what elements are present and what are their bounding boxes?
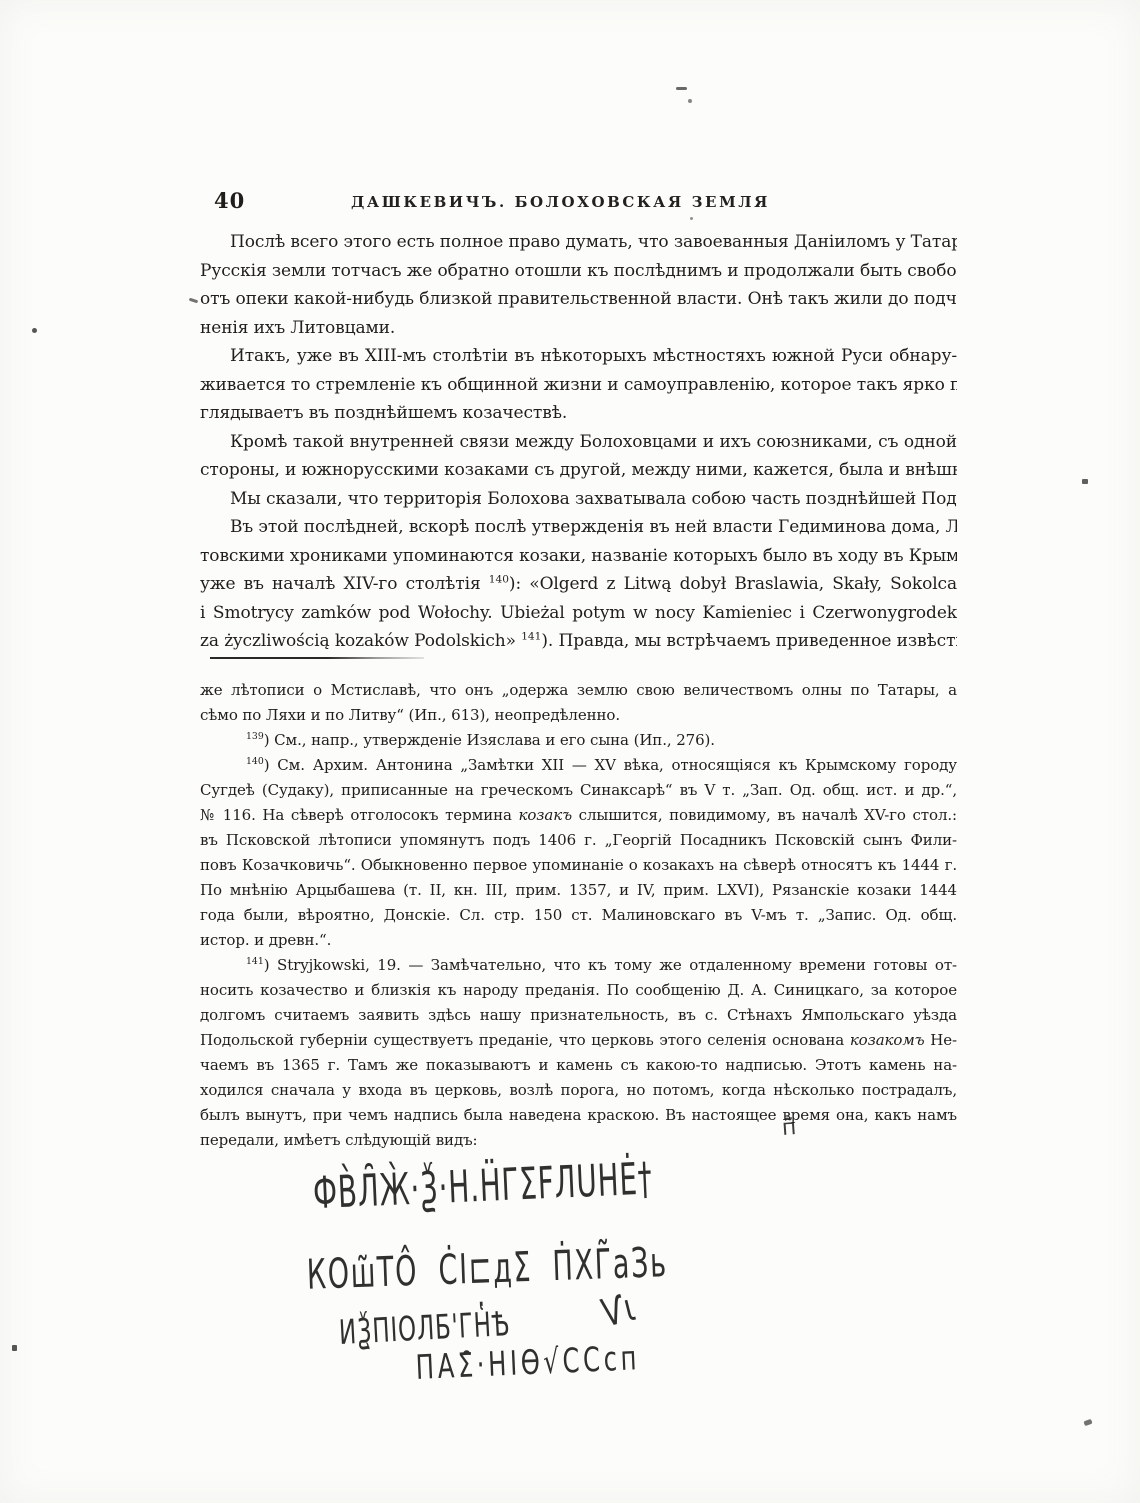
body-line: товскими хрониками упоминаются козаки, н… — [200, 542, 957, 571]
body-line: глядываетъ въ позднѣйшемъ козачествѣ. — [200, 399, 957, 428]
body-text-segment: ): «Olgerd z Litwą dobył Braslawia, Skał… — [509, 574, 957, 594]
footnote-line: долгомъ считаемъ заявить здѣсь нашу приз… — [200, 1003, 957, 1028]
footnote-text-segment: ) Stryjkowski, 19. — Замѣчательно, что к… — [264, 956, 957, 974]
footnote-italic-term: козакъ — [519, 806, 572, 824]
footnote-reference: 140 — [489, 573, 509, 585]
body-line: ненія ихъ Литовцами. — [200, 314, 957, 343]
footnote-line: въ Псковской лѣтописи упомянутъ подъ 140… — [200, 828, 957, 853]
body-text-segment: уже въ началѣ XIV-го столѣтія — [200, 574, 489, 594]
footnote-marker: 139 — [246, 731, 264, 742]
scan-speck — [688, 99, 692, 103]
body-line: уже въ началѣ XIV-го столѣтія 140): «Olg… — [200, 570, 957, 599]
body-text: Послѣ всего этого есть полное право дума… — [200, 228, 957, 656]
footnote-line: Подольской губерніи существуетъ преданіе… — [200, 1028, 957, 1053]
scan-speck — [690, 217, 693, 220]
footnote-text-segment: ) См. Архим. Антонина „Замѣтки XII — XV … — [264, 756, 957, 774]
footnote-line: 141) Stryjkowski, 19. — Замѣчательно, чт… — [200, 953, 957, 978]
scan-speck — [676, 87, 687, 90]
footnote-line: носить козачество и близкія къ народу пр… — [200, 978, 957, 1003]
body-line: Послѣ всего этого есть полное право дума… — [200, 228, 957, 257]
footnote-text-segment: № 116. На сѣверѣ отголосокъ термина — [200, 806, 519, 824]
footnote-line: Сугдеѣ (Судаку), приписанные на греческо… — [200, 778, 957, 803]
footnote-line: 140) См. Архим. Антонина „Замѣтки XII — … — [200, 753, 957, 778]
body-line: стороны, и южнорусскими козаками съ друг… — [200, 456, 957, 485]
scan-speck — [12, 1345, 17, 1351]
footnote-text-segment: слышится, повидимому, въ началѣ XV-го ст… — [572, 806, 957, 824]
footnote-line: года были, вѣроятно, Донскіе. Сл. стр. 1… — [200, 903, 957, 928]
footnote-marker: 141 — [246, 956, 264, 967]
footnote-text-segment: Не- — [925, 1031, 957, 1049]
footnote-text-segment: ) См., напр., утвержденіе Изяслава и его… — [264, 731, 715, 749]
footnote-line: ходился сначала у входа въ церковь, возл… — [200, 1078, 957, 1103]
footnote-separator — [210, 657, 424, 659]
body-line: Мы сказали, что территорія Болохова захв… — [200, 485, 957, 514]
footnote-marker: 140 — [246, 756, 264, 767]
inscription-titlo-mark: п̃ — [781, 1115, 797, 1141]
footnote-line: передали, имѣетъ слѣдующій видъ: — [200, 1128, 957, 1153]
footnote-line: былъ вынутъ, при чемъ надпись была навед… — [200, 1103, 957, 1128]
footnote-text-segment: Подольской губерніи существуетъ преданіе… — [200, 1031, 850, 1049]
body-text-segment: ). Правда, мы встрѣчаемъ приведенное изв… — [541, 631, 957, 651]
inscription-line: ФВ̀Л̑Ж̀·Ѯ·Н.Н̈ГΣϜЛUНЕ̇† — [312, 1153, 654, 1220]
footnotes: же лѣтописи о Мстиславѣ, что онъ „одержа… — [200, 678, 957, 1153]
scan-speck — [1082, 479, 1088, 484]
body-line: Кромѣ такой внутренней связи между Болох… — [200, 428, 957, 457]
body-text-segment: za życzliwością kozaków Podolskich» — [200, 631, 521, 651]
footnote-line: сѣмо по Ляхи и по Литву“ (Ип., 613), нео… — [200, 703, 957, 728]
body-line: Итакъ, уже въ XIII-мъ столѣтіи въ нѣкото… — [200, 342, 957, 371]
body-line: отъ опеки какой-нибудь близкой правитель… — [200, 285, 957, 314]
scan-speck — [32, 328, 37, 333]
footnote-line: же лѣтописи о Мстиславѣ, что онъ „одержа… — [200, 678, 957, 703]
footnote-reference: 141 — [521, 630, 541, 642]
body-line: Въ этой послѣдней, вскорѣ послѣ утвержде… — [200, 513, 957, 542]
footnote-line: истор. и древн.“. — [200, 928, 957, 953]
footnote-line: № 116. На сѣверѣ отголосокъ термина коза… — [200, 803, 957, 828]
scan-speck — [1083, 1419, 1092, 1426]
book-page: 40 ДАШКЕВИЧЪ. БОЛОХОВСКАЯ ЗЕМЛЯ Послѣ вс… — [0, 0, 1140, 1503]
footnote-italic-term: козакомъ — [850, 1031, 925, 1049]
inscription-line: ПАΣ̑·НІѲ√ССсп — [415, 1339, 641, 1388]
body-line: живается то стремленіе къ общинной жизни… — [200, 371, 957, 400]
scan-speck — [189, 298, 198, 304]
footnote-line: По мнѣнію Арцыбашева (т. II, кн. III, пр… — [200, 878, 957, 903]
footnote-line: повъ Козачковичь“. Обыкновенно первое уп… — [200, 853, 957, 878]
inscription-line: Ѵɩ — [597, 1284, 639, 1336]
body-line: Русскія земли тотчасъ же обратно отошли … — [200, 257, 957, 286]
footnote-line: 139) См., напр., утвержденіе Изяслава и … — [200, 728, 957, 753]
body-line: za życzliwością kozaków Podolskich» 141)… — [200, 627, 957, 656]
footnote-line: чаемъ въ 1365 г. Тамъ же показываютъ и к… — [200, 1053, 957, 1078]
running-title: ДАШКЕВИЧЪ. БОЛОХОВСКАЯ ЗЕМЛЯ — [182, 193, 939, 211]
body-line: i Smotrycy zamków pod Wołochy. Ubieżal p… — [200, 599, 957, 628]
